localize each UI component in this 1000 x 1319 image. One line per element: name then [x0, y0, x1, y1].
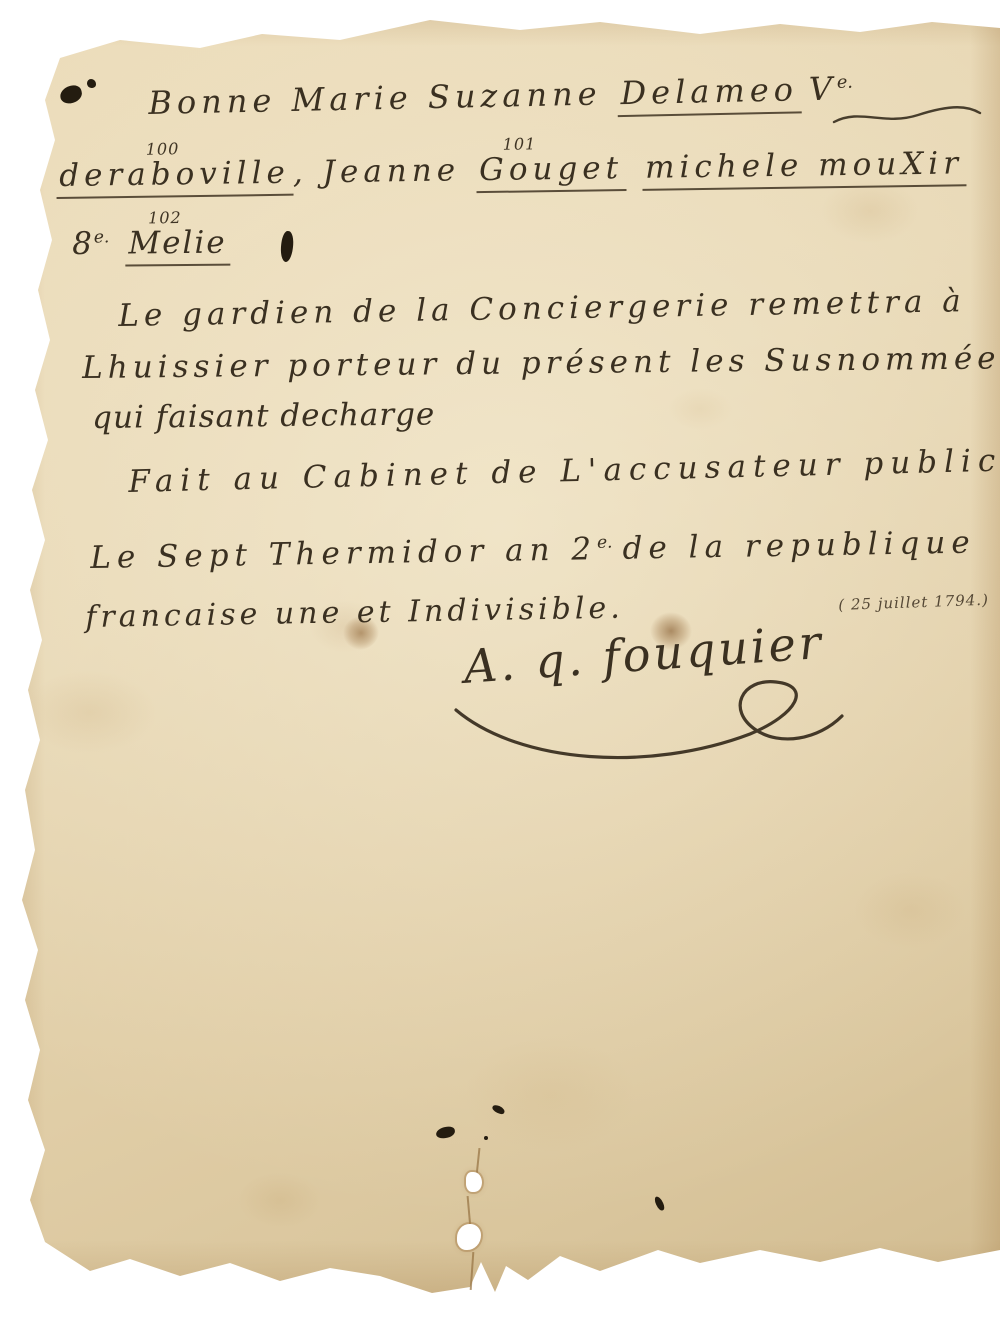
- melie-prefix: 8e.: [72, 226, 110, 262]
- signature-flourish: [450, 668, 850, 778]
- name-gouget: Gouget: [476, 150, 627, 193]
- name-gouget-wrap: 101Gouget: [476, 150, 627, 193]
- margin-number-101: 101: [503, 134, 537, 153]
- name-melie: Melie: [125, 225, 230, 267]
- margin-number-100: 100: [146, 139, 180, 158]
- pen-flourish-line1: [832, 102, 982, 130]
- margin-number-102: 102: [148, 208, 182, 227]
- ink-speck-bottom-3: [484, 1136, 488, 1140]
- closing-line-2-post: de la republique: [622, 525, 976, 567]
- order-line-3: qui faisant decharge: [92, 396, 435, 436]
- name-michele: michele mouXir: [642, 145, 966, 191]
- name-melie-wrap: 102Melie: [125, 225, 230, 267]
- name-deraboville: deraboville: [56, 155, 293, 199]
- paper-tear-hole-upper: [466, 1172, 482, 1192]
- order-line-3-text: qui faisant decharge: [92, 396, 435, 436]
- surname-delameo: Delameo: [617, 70, 801, 117]
- names-line2-sep: , Jeanne: [293, 152, 461, 190]
- names-line-3: 8e.102Melie: [72, 225, 230, 267]
- ink-blot-top-left-dot: [87, 79, 96, 88]
- photo-stage: Bonne Marie SuzanneDelameoVe. 100derabov…: [0, 0, 1000, 1319]
- name-deraboville-wrap: 100deraboville: [56, 155, 293, 199]
- names-line1-prefix: Bonne Marie Suzanne: [148, 75, 602, 122]
- closing-line-2-sup: e.: [597, 533, 613, 553]
